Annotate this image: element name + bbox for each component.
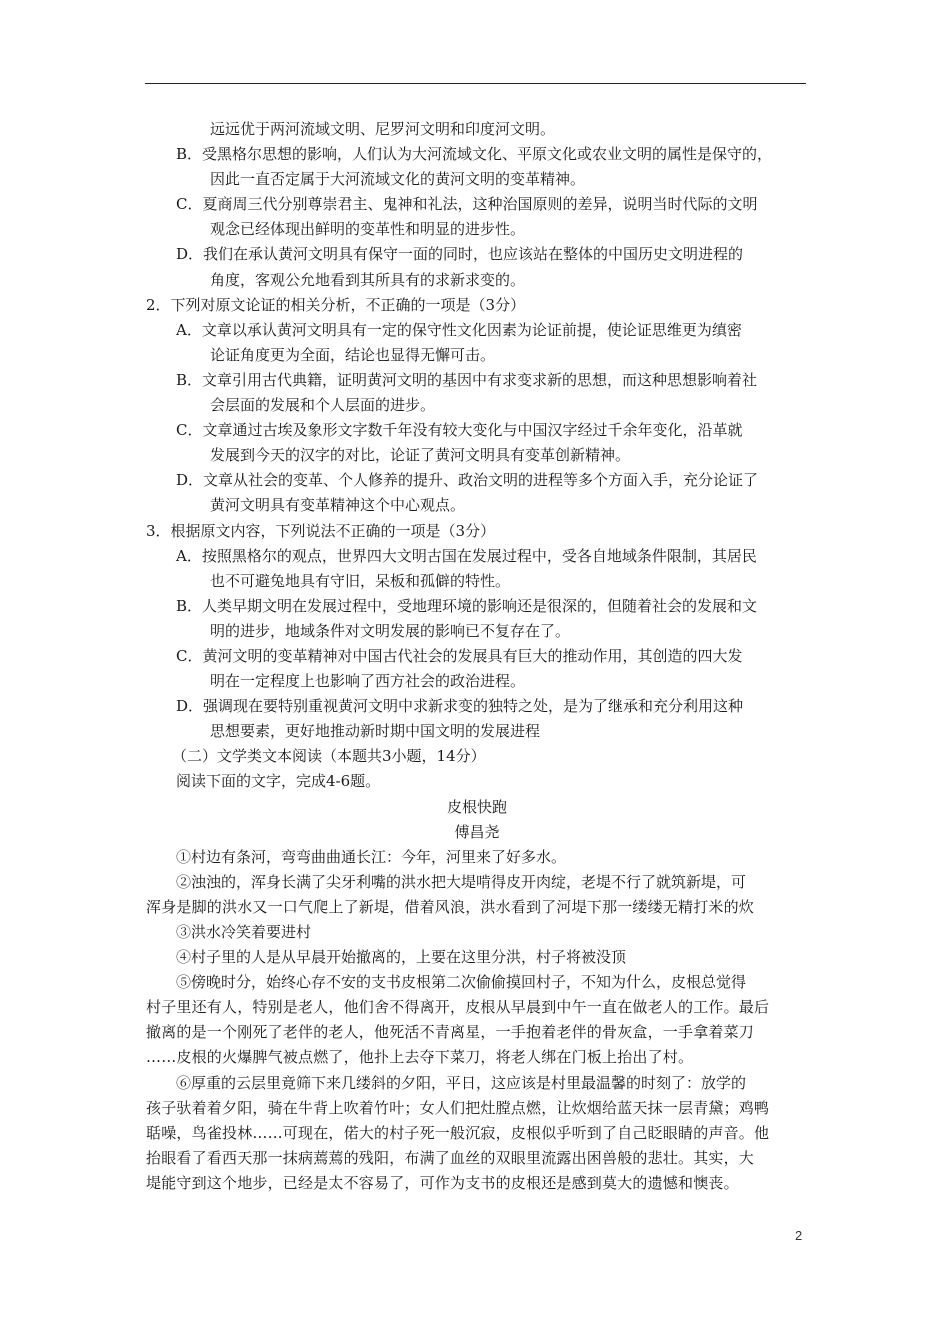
header-rule xyxy=(145,83,806,84)
q2-option-d: D．文章从社会的变革、个人修养的提升、政治文明的进程等多个方面入手，充分论证了 xyxy=(146,468,808,493)
story-paragraph-5-cont-2: 撤离的是一个刚死了老伴的老人，他死活不青离星，一手抱着老伴的骨灰盒，一手拿着菜刀 xyxy=(146,1020,808,1045)
page-number: 2 xyxy=(795,1228,802,1243)
story-paragraph-5-cont-3: ……皮根的火爆脾气被点燃了，他扑上去夺下菜刀，将老人绑在门板上抬出了村。 xyxy=(146,1045,808,1070)
q2-option-c-cont: 发展到今天的汉字的对比，论证了黄河文明具有变革创新精神。 xyxy=(146,443,808,468)
q2-option-b-cont: 会层面的发展和个人层面的进步。 xyxy=(146,393,808,418)
story-paragraph-6-cont-2: 聒噪，鸟雀投林……可现在，偌大的村子死一般沉寂，皮根似乎听到了自己眨眼睛的声音。… xyxy=(146,1121,808,1146)
q2-option-a: A．文章以承认黄河文明具有一定的保守性文化因素为论证前提，使论证思维更为缜密 xyxy=(146,318,808,343)
q1-option-c-cont: 观念已经体现出鲜明的变革性和明显的进步性。 xyxy=(146,217,808,242)
q1-option-d-cont: 角度，客观公允地看到其所具有的求新求变的。 xyxy=(146,268,808,293)
q3-option-a: A．按照黑格尔的观点，世界四大文明古国在发展过程中，受各自地域条件限制，其居民 xyxy=(146,544,808,569)
section-heading: （二）文学类文本阅读（本题共3小题，14分） xyxy=(146,744,808,769)
story-title: 皮根快跑 xyxy=(146,795,808,820)
q3-option-d-cont: 思想要素，更好地推动新时期中国文明的发展进程 xyxy=(146,719,808,744)
story-paragraph-6-cont-4: 堤能守到这个地步，已经是太不容易了，可作为支书的皮根还是感到莫大的遗憾和懊丧。 xyxy=(146,1171,808,1196)
q2-option-b: B．文章引用古代典籍，证明黄河文明的基因中有求变求新的思想，而这种思想影响着社 xyxy=(146,368,808,393)
q1-option-c: C．夏商周三代分别尊崇君主、鬼神和礼法，这种治国原则的差异，说明当时代际的文明 xyxy=(146,192,808,217)
story-paragraph-6: ⑥厚重的云层里竟筛下来几缕斜的夕阳，平日，这应该是村里最温馨的时刻了：放学的 xyxy=(146,1071,808,1096)
q2-option-a-cont: 论证角度更为全面，结论也显得无懈可击。 xyxy=(146,343,808,368)
story-author: 傅昌尧 xyxy=(146,820,808,845)
story-paragraph-5-cont-1: 村子里还有人，特别是老人，他们舍不得离开，皮根从早晨到中午一直在做老人的工作。最… xyxy=(146,995,808,1020)
q3-option-b-cont: 明的进步，地域条件对文明发展的影响已不复存在了。 xyxy=(146,619,808,644)
q3-option-a-cont: 也不可避兔地具有守旧，呆板和孤僻的特性。 xyxy=(146,569,808,594)
q3-option-d: D．强调现在要特别重视黄河文明中求新求变的独特之处，是为了继承和充分利用这种 xyxy=(146,694,808,719)
story-paragraph-1: ①村边有条河，弯弯曲曲通长江：今年，河里来了好多水。 xyxy=(146,845,808,870)
story-paragraph-3: ③洪水冷笑着要进村 xyxy=(146,920,808,945)
story-paragraph-4: ④村子里的人是从早晨开始撤离的，上要在这里分洪，村子将被没顶 xyxy=(146,945,808,970)
story-paragraph-2: ②浊浊的，浑身长满了尖牙利嘴的洪水把大堤啃得皮开肉绽，老堤不行了就筑新堤，可 xyxy=(146,870,808,895)
q2-stem: 2．下列对原文论证的相关分析，不正确的一项是（3分） xyxy=(146,293,808,318)
q1-option-a-tail: 远远优于两河流域文明、尼罗河文明和印度河文明。 xyxy=(146,117,808,142)
q3-stem: 3．根据原文内容，下列说法不正确的一项是（3分） xyxy=(146,519,808,544)
q3-option-c-cont: 明在一定程度上也影响了西方社会的政治进程。 xyxy=(146,669,808,694)
story-paragraph-6-cont-3: 抬眼看了看西天那一抹病蔫蔫的残阳，布满了血丝的双眼里流露出困兽般的悲壮。其实，大 xyxy=(146,1146,808,1171)
q1-option-b: B．受黑格尔思想的影响，人们认为大河流域文化、平原文化或农业文明的属性是保守的， xyxy=(146,142,808,167)
story-paragraph-6-cont-1: 孩子驮着着夕阳，骑在牛背上吹着竹叶；女人们把灶膛点燃，让炊烟给蓝天抹一层青黛；鸡… xyxy=(146,1096,808,1121)
q1-option-d: D．我们在承认黄河文明具有保守一面的同时，也应该站在整体的中国历史文明进程的 xyxy=(146,242,808,267)
q2-option-c: C．文章通过古埃及象形文字数千年没有较大变化与中国汉字经过千余年变化，沿革就 xyxy=(146,418,808,443)
q3-option-b: B．人类早期文明在发展过程中，受地理环境的影响还是很深的，但随着社会的发展和文 xyxy=(146,594,808,619)
page-content: 远远优于两河流域文明、尼罗河文明和印度河文明。 B．受黑格尔思想的影响，人们认为… xyxy=(146,117,808,1196)
story-paragraph-5: ⑤傍晚时分，始终心存不安的支书皮根第二次偷偷摸回村子，不知为什么，皮根总觉得 xyxy=(146,970,808,995)
q3-option-c: C．黄河文明的变革精神对中国古代社会的发展具有巨大的推动作用，其创造的四大发 xyxy=(146,644,808,669)
section-instruction: 阅读下面的文字，完成4-6题。 xyxy=(146,769,808,794)
q2-option-d-cont: 黄河文明具有变革精神这个中心观点。 xyxy=(146,493,808,518)
story-paragraph-2-cont: 浑身是脚的洪水又一口气爬上了新堤，借着风浪，洪水看到了河堤下那一缕缕无精打米的炊 xyxy=(146,895,808,920)
q1-option-b-cont: 因此一直否定属于大河流域文化的黄河文明的变革精神。 xyxy=(146,167,808,192)
